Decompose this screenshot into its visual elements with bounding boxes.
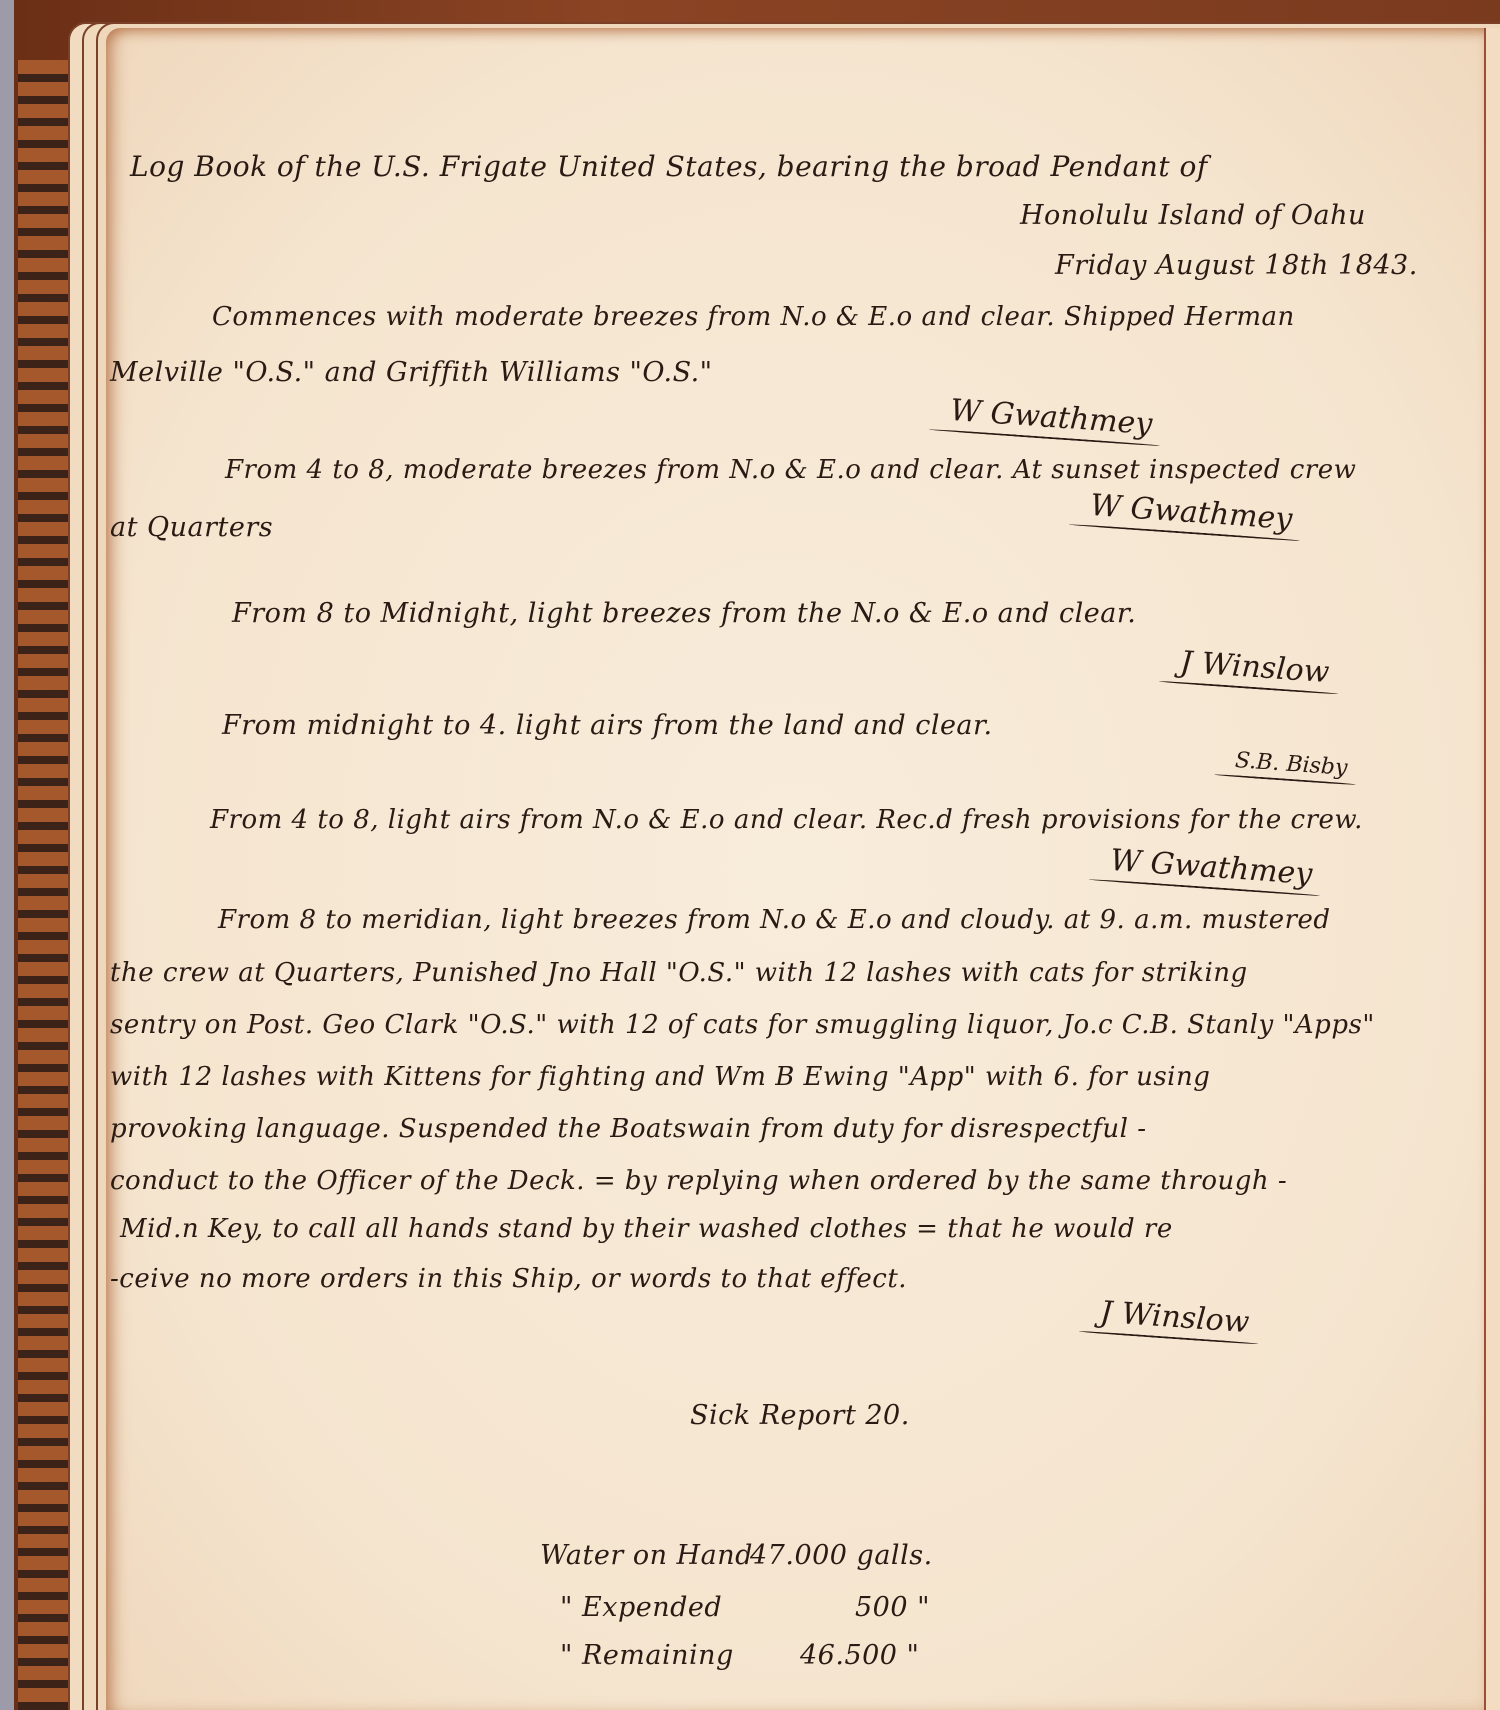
water-on-hand-value: 47.000 galls. bbox=[750, 1540, 933, 1571]
log-date: Friday August 18th 1843. bbox=[1055, 250, 1418, 281]
log-location: Honolulu Island of Oahu bbox=[1020, 200, 1366, 231]
entry-line: provoking language. Suspended the Boatsw… bbox=[110, 1114, 1147, 1144]
water-on-hand-label: Water on Hand bbox=[540, 1540, 753, 1571]
sick-report: Sick Report 20. bbox=[690, 1400, 910, 1431]
entry-line: the crew at Quarters, Punished Jno Hall … bbox=[110, 958, 1248, 988]
entry-line: Commences with moderate breezes from N.o… bbox=[212, 302, 1295, 332]
water-remaining-value: 46.500 " bbox=[800, 1640, 919, 1671]
entry-line: conduct to the Officer of the Deck. = by… bbox=[110, 1166, 1287, 1196]
entry-line: From 4 to 8, moderate breezes from N.o &… bbox=[225, 455, 1356, 485]
facing-page-edge bbox=[1484, 28, 1500, 1710]
entry-line: with 12 lashes with Kittens for fighting… bbox=[110, 1062, 1210, 1092]
entry-line: at Quarters bbox=[110, 512, 273, 543]
water-remaining-label: " Remaining bbox=[560, 1640, 734, 1671]
entry-line: From 8 to meridian, light breezes from N… bbox=[218, 905, 1331, 935]
entry-line: -ceive no more orders in this Ship, or w… bbox=[110, 1264, 907, 1294]
log-title: Log Book of the U.S. Frigate United Stat… bbox=[130, 150, 1208, 183]
entry-line: Mid.n Key, to call all hands stand by th… bbox=[120, 1214, 1173, 1244]
entry-line: From 4 to 8, light airs from N.o & E.o a… bbox=[210, 805, 1363, 835]
entry-line: sentry on Post. Geo Clark "O.S." with 12… bbox=[110, 1010, 1375, 1040]
entry-line: From midnight to 4. light airs from the … bbox=[222, 710, 993, 741]
entry-line: From 8 to Midnight, light breezes from t… bbox=[232, 598, 1136, 629]
entry-line: Melville "O.S." and Griffith Williams "O… bbox=[110, 357, 713, 388]
water-expended-label: " Expended bbox=[560, 1592, 722, 1623]
book-spine bbox=[18, 60, 73, 1710]
water-expended-value: 500 " bbox=[855, 1592, 930, 1623]
